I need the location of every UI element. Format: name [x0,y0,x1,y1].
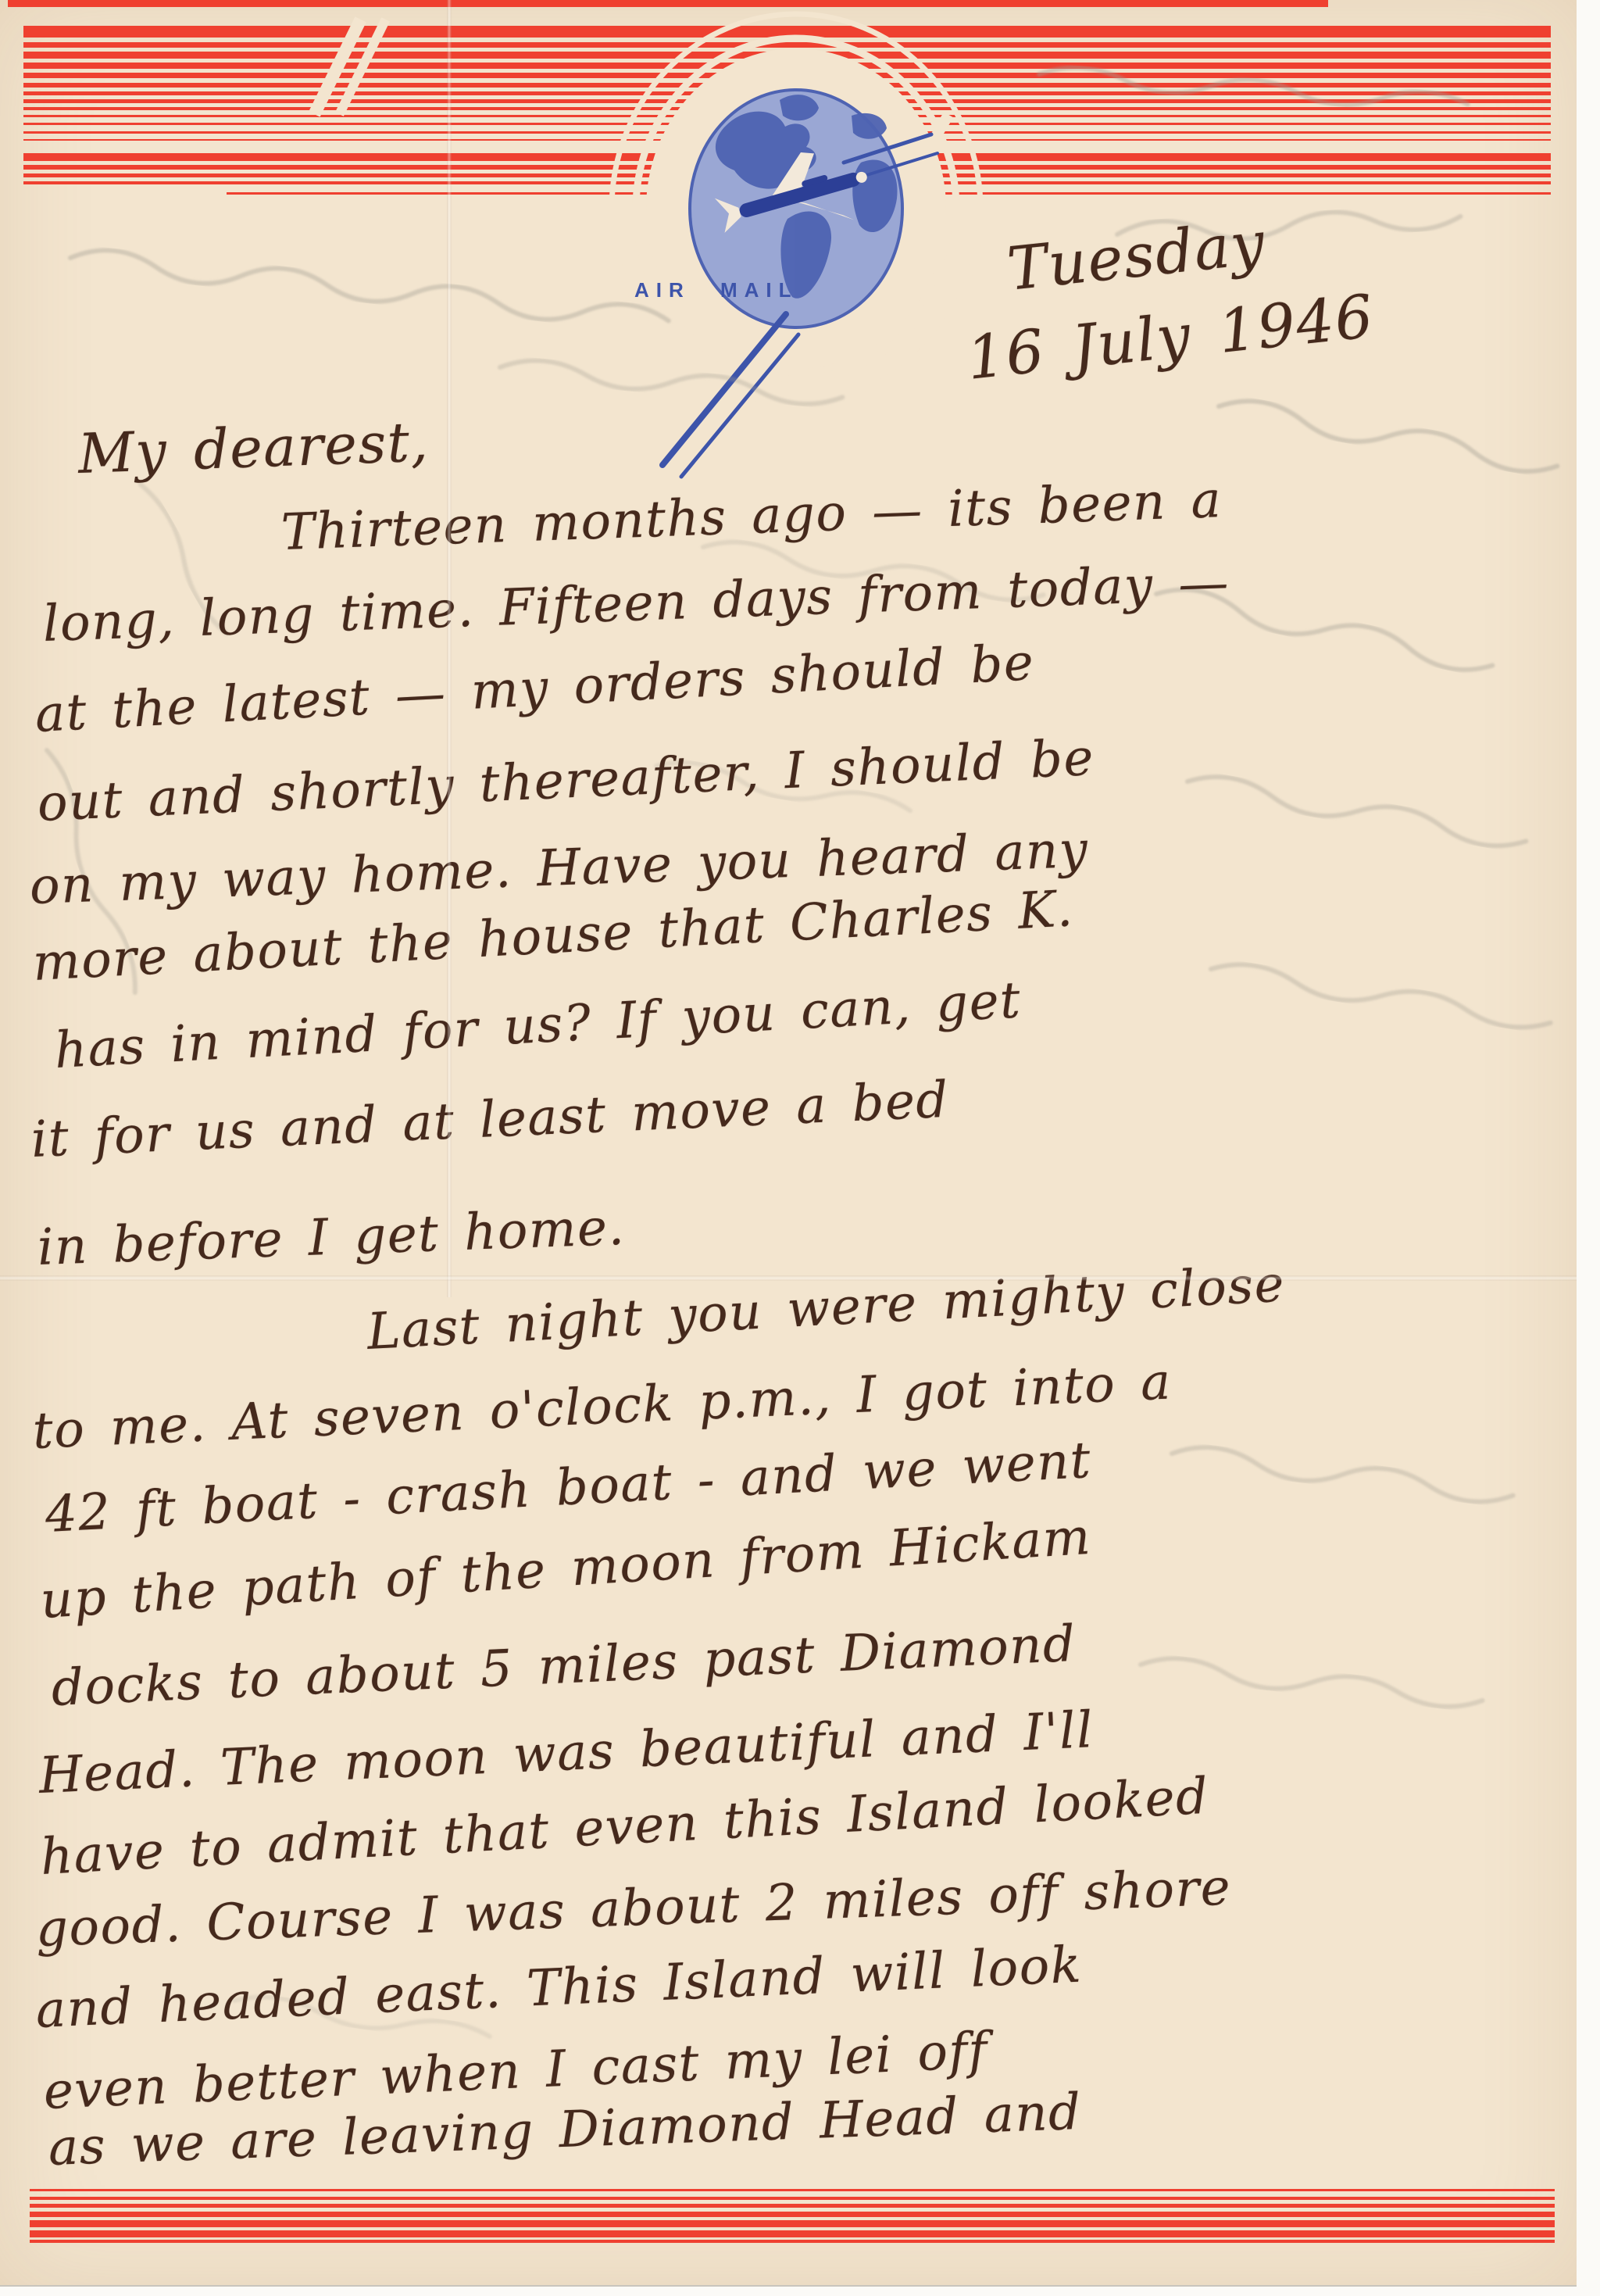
red-stripe [23,42,1551,48]
red-stripe [30,2189,1555,2191]
letter-line: in before I get home. [37,1199,627,1277]
red-stripe [30,2204,1555,2208]
letter-page: AIR MAIL Tuesday 16 July 1946 My dearest… [0,0,1577,2285]
letter-line: has in mind for us? If you can, get [53,971,1023,1080]
salutation: My dearest, [77,409,430,486]
red-stripe [30,2230,1555,2237]
scanned-letter: AIR MAIL Tuesday 16 July 1946 My dearest… [0,0,1600,2296]
letter-line: Last night you were mighty close [366,1255,1287,1361]
bleed-through-stroke [1140,1654,1484,1711]
bleed-through-stroke [69,246,670,332]
scan-edge [0,2285,1600,2296]
red-stripe [30,2220,1555,2227]
letter-line: docks to about 5 miles past Diamond [50,1615,1077,1718]
fold-crease-vertical [447,0,452,1297]
bleed-through-stroke [1209,959,1552,1033]
red-stripe [30,2197,1555,2200]
red-stripe [8,0,1328,7]
red-stripe [30,2240,1555,2243]
bleed-through-stroke [1170,1443,1514,1506]
letter-line: out and shortly thereafter, I should be [36,729,1095,833]
red-stripe [30,2212,1555,2217]
scan-edge [1577,0,1600,2296]
bleed-through-stroke [1186,771,1528,852]
letter-line: at the latest — my orders should be [34,634,1036,744]
bleed-through-stroke [1216,395,1559,477]
letter-line: long, long time. Fifteen days from today… [42,554,1230,653]
fold-crease-horizontal [0,1275,1577,1281]
letter-line: it for us and at least move a bed [30,1071,950,1169]
airmail-label: AIR MAIL [634,278,798,302]
date-weekday: Tuesday [1004,208,1269,304]
